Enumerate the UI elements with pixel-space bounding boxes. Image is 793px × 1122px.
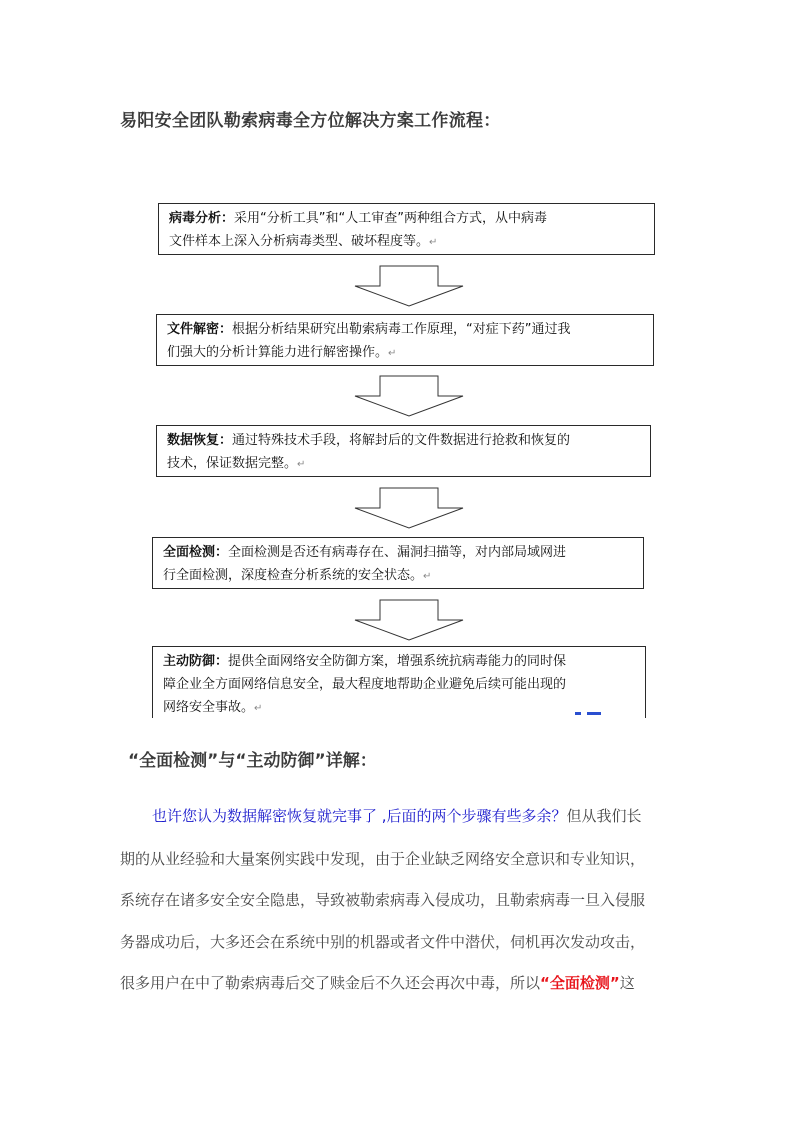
flow-step-full-detection: 全面检测：全面检测是否还有病毒存在、漏洞扫描等，对内部局域网进 行全面检测，深度… [152, 537, 644, 589]
down-arrow-icon [352, 375, 466, 417]
step-label: 主动防御： [163, 654, 228, 669]
down-arrow-icon [352, 265, 466, 307]
flow-step-virus-analysis: 病毒分析：采用“分析工具”和“人工审查”两种组合方式，从中病毒 文件样本上深入分… [158, 203, 655, 255]
paragraph-mark-icon: ↵ [388, 348, 396, 359]
watermark-logo-icon [575, 712, 605, 715]
section-title: “全面检测”与“主动防御”详解： [128, 746, 377, 771]
step-label: 病毒分析： [169, 211, 234, 226]
down-arrow-icon [352, 599, 466, 641]
body-line-4: 务器成功后，大多还会在系统中别的机器或者文件中潜伏，伺机再次发动攻击， [120, 931, 645, 952]
emphasis-full-detection: “全面检测” [540, 974, 620, 992]
step-label: 数据恢复： [167, 433, 232, 448]
step-label: 全面检测： [163, 545, 228, 560]
body-line-2: 期的从业经验和大量案例实践中发现，由于企业缺乏网络安全意识和专业知识， [120, 848, 645, 869]
paragraph-mark-icon: ↵ [254, 703, 262, 714]
page-title: 易阳安全团队勒索病毒全方位解决方案工作流程： [120, 106, 501, 131]
body-line-3: 系统存在诸多安全安全隐患，导致被勒索病毒入侵成功，且勒索病毒一旦入侵服 [120, 889, 645, 910]
paragraph-mark-icon: ↵ [297, 459, 305, 470]
body-line-5: 很多用户在中了勒索病毒后交了赎金后不久还会再次中毒，所以“全面检测”这 [120, 972, 635, 993]
highlight-question: 也许您认为数据解密恢复就完事了 ,后面的两个步骤有些多余？ [152, 807, 567, 825]
flow-step-active-defense: 主动防御：提供全面网络安全防御方案，增强系统抗病毒能力的同时保 障企业全方面网络… [152, 646, 646, 718]
step-label: 文件解密： [167, 322, 232, 337]
down-arrow-icon [352, 487, 466, 529]
paragraph-mark-icon: ↵ [429, 237, 437, 248]
paragraph-mark-icon: ↵ [423, 571, 431, 582]
flow-step-file-decryption: 文件解密：根据分析结果研究出勒索病毒工作原理，“对症下药”通过我 们强大的分析计… [156, 314, 654, 366]
flow-step-data-recovery: 数据恢复：通过特殊技术手段，将解封后的文件数据进行抢救和恢复的 技术，保证数据完… [156, 425, 651, 477]
body-line-1: 也许您认为数据解密恢复就完事了 ,后面的两个步骤有些多余？但从我们长 [152, 805, 642, 826]
